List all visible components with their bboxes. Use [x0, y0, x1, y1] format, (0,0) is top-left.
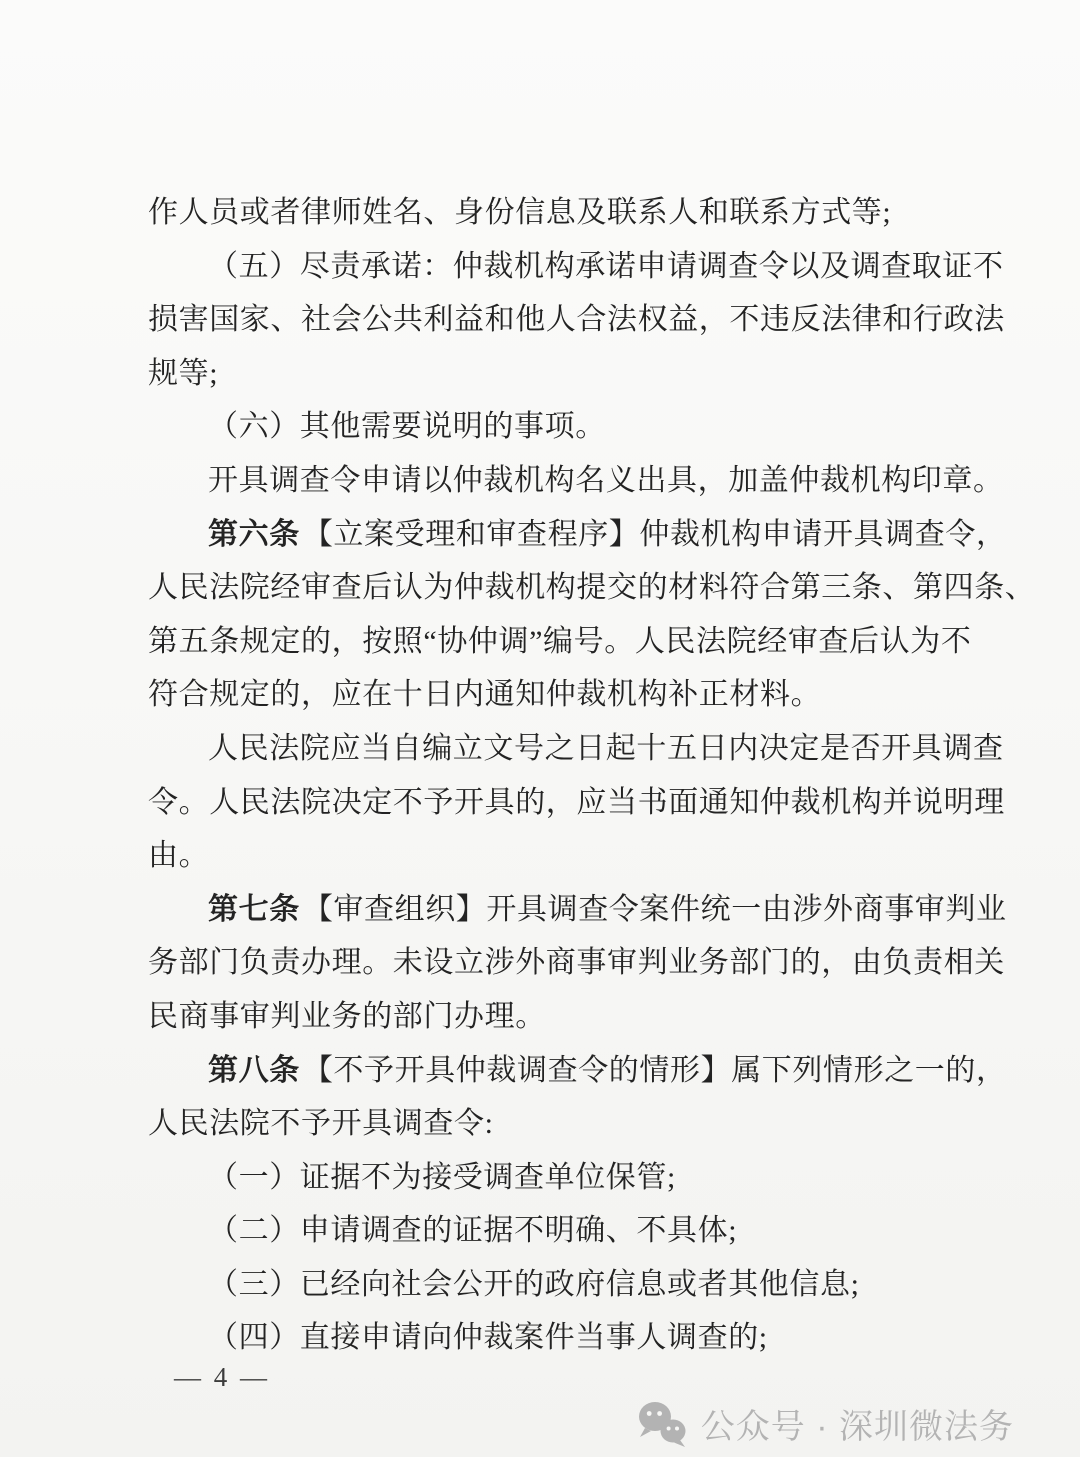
text-line: 令。人民法院决定不予开具的，应当书面通知仲裁机构并说明理 [148, 776, 968, 830]
text-line: 务部门负责办理。未设立涉外商事审判业务部门的，由负责相关 [148, 936, 968, 990]
line-text: （三）已经向社会公开的政府信息或者其他信息; [208, 1268, 860, 1301]
text-line: 人民法院经审查后认为仲裁机构提交的材料符合第三条、第四条、 [148, 561, 968, 615]
document-body: 作人员或者律师姓名、身份信息及联系人和联系方式等; （五）尽责承诺：仲裁机构承诺… [148, 186, 968, 1365]
line-text: 由。 [148, 839, 209, 872]
text-line: 人民法院应当自编立文号之日起十五日内决定是否开具调查 [148, 722, 968, 776]
text-line: 人民法院不予开具调查令: [148, 1097, 968, 1151]
line-text: 民商事审判业务的部门办理。 [148, 1000, 546, 1033]
line-text: 规等; [148, 357, 218, 390]
text-line-item-2: （二）申请调查的证据不明确、不具体; [148, 1204, 968, 1258]
line-text: 人民法院不予开具调查令: [148, 1107, 494, 1140]
text-line-item-4: （四）直接申请向仲裁案件当事人调查的; [148, 1311, 968, 1365]
text-line: （六）其他需要说明的事项。 [148, 400, 968, 454]
line-text: 第五条规定的，按照“协仲调”编号。人民法院经审查后认为不 [148, 625, 971, 658]
text-line: 由。 [148, 829, 968, 883]
text-line: 民商事审判业务的部门办理。 [148, 990, 968, 1044]
text-line-article-8: 第八条【不予开具仲裁调查令的情形】属下列情形之一的， [148, 1044, 968, 1098]
line-text: 人民法院应当自编立文号之日起十五日内决定是否开具调查 [208, 732, 1004, 765]
line-text: （四）直接申请向仲裁案件当事人调查的; [208, 1321, 768, 1354]
wechat-icon [635, 1400, 689, 1448]
line-text: （二）申请调查的证据不明确、不具体; [208, 1214, 737, 1247]
line-text: 损害国家、社会公共利益和他人合法权益，不违反法律和行政法 [148, 303, 1005, 336]
text-line-article-7: 第七条【审查组织】开具调查令案件统一由涉外商事审判业 [148, 883, 968, 937]
line-text: （六）其他需要说明的事项。 [208, 410, 606, 443]
wechat-watermark: 公众号 · 深圳微法务 [635, 1399, 1014, 1448]
line-text: （五）尽责承诺：仲裁机构承诺申请调查令以及调查取证不 [208, 250, 1004, 283]
line-text: 【立案受理和审查程序】仲裁机构申请开具调查令， [303, 518, 1007, 551]
page-number: — 4 — [174, 1362, 270, 1393]
text-line: 第五条规定的，按照“协仲调”编号。人民法院经审查后认为不 [148, 615, 968, 669]
line-text: 令。人民法院决定不予开具的，应当书面通知仲裁机构并说明理 [148, 786, 1005, 819]
line-text: 【不予开具仲裁调查令的情形】属下列情形之一的， [303, 1054, 1007, 1087]
text-line-item-3: （三）已经向社会公开的政府信息或者其他信息; [148, 1258, 968, 1312]
article-number: 第七条 [208, 893, 300, 926]
line-text: 务部门负责办理。未设立涉外商事审判业务部门的，由负责相关 [148, 946, 1005, 979]
article-number: 第六条 [208, 518, 300, 551]
text-line: 规等; [148, 347, 968, 401]
line-text: 作人员或者律师姓名、身份信息及联系人和联系方式等; [148, 196, 891, 229]
line-text: 人民法院经审查后认为仲裁机构提交的材料符合第三条、第四条、 [148, 571, 1035, 604]
watermark-text: 公众号 · 深圳微法务 [701, 1399, 1014, 1448]
text-line: 符合规定的，应在十日内通知仲裁机构补正材料。 [148, 668, 968, 722]
text-line: 开具调查令申请以仲裁机构名义出具，加盖仲裁机构印章。 [148, 454, 968, 508]
line-text: 【审查组织】开具调查令案件统一由涉外商事审判业 [303, 893, 1007, 926]
article-number: 第八条 [208, 1054, 300, 1087]
text-line: 作人员或者律师姓名、身份信息及联系人和联系方式等; [148, 186, 968, 240]
line-text: （一）证据不为接受调查单位保管; [208, 1161, 676, 1194]
text-line-article-6: 第六条【立案受理和审查程序】仲裁机构申请开具调查令， [148, 508, 968, 562]
text-line: （五）尽责承诺：仲裁机构承诺申请调查令以及调查取证不 [148, 240, 968, 294]
text-line: 损害国家、社会公共利益和他人合法权益，不违反法律和行政法 [148, 293, 968, 347]
line-text: 符合规定的，应在十日内通知仲裁机构补正材料。 [148, 678, 821, 711]
line-text: 开具调查令申请以仲裁机构名义出具，加盖仲裁机构印章。 [208, 464, 1004, 497]
text-line-item-1: （一）证据不为接受调查单位保管; [148, 1151, 968, 1205]
